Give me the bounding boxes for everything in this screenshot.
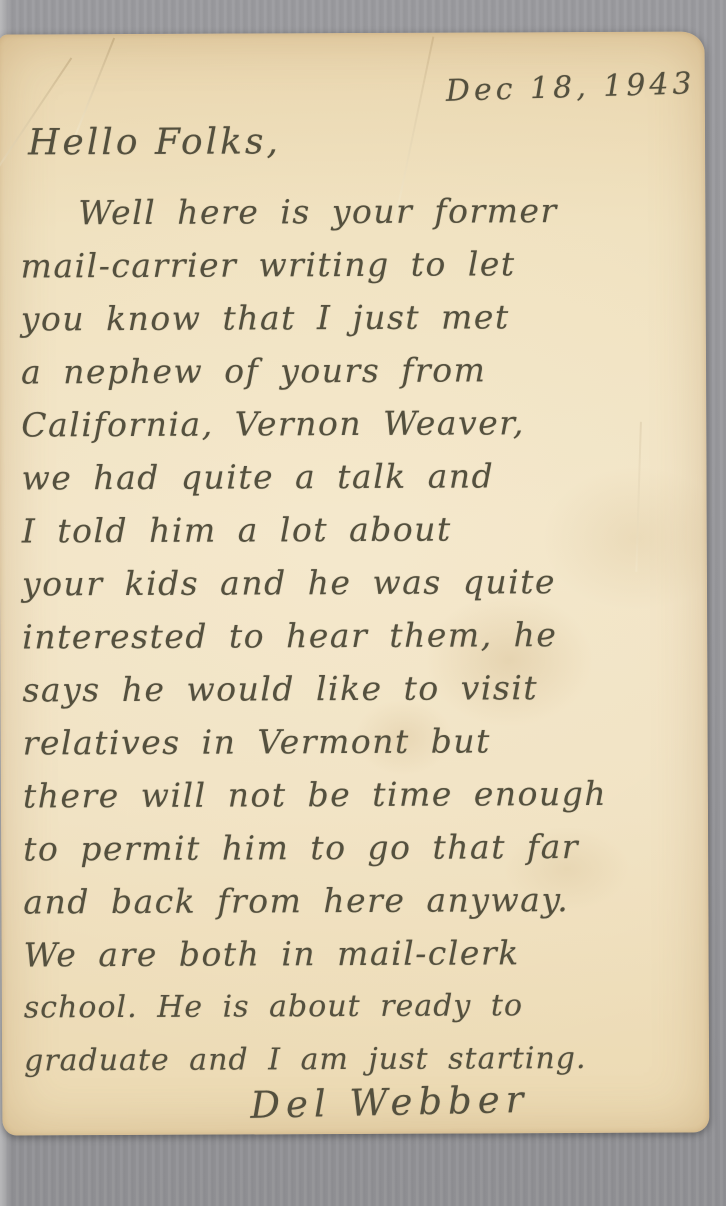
letter-line: I told him a lot about <box>22 501 699 557</box>
letter-salutation: Hello Folks, <box>28 121 281 163</box>
letter-line: there will not be time enough <box>23 766 700 822</box>
letter-line: we had quite a talk and <box>21 448 698 504</box>
letter-line: We are both in mail-clerk <box>24 925 701 981</box>
postcard-letter: Dec 18, 1943 Hello Folks, Well here is y… <box>0 31 709 1135</box>
letter-line: graduate and I am just starting. <box>24 1031 701 1087</box>
letter-line: to permit him to go that far <box>23 819 700 875</box>
letter-line: Well here is your former <box>20 183 697 239</box>
letter-line: says he would like to visit <box>22 660 699 716</box>
letter-date: Dec 18, 1943 <box>445 66 696 109</box>
letter-signature: Del Webber <box>250 1078 530 1127</box>
letter-line: relatives in Vermont but <box>23 713 700 769</box>
letter-body: Well here is your former mail-carrier wr… <box>20 183 701 1087</box>
letter-line: a nephew of yours from <box>21 342 698 398</box>
letter-line: interested to hear them, he <box>22 607 699 663</box>
letter-line: you know that I just met <box>21 289 698 345</box>
letter-line: mail-carrier writing to let <box>20 236 697 292</box>
letter-line: and back from here anyway. <box>23 872 700 928</box>
letter-line: California, Vernon Weaver, <box>21 395 698 451</box>
letter-line: school. He is about ready to <box>24 978 701 1034</box>
letter-line: your kids and he was quite <box>22 554 699 610</box>
